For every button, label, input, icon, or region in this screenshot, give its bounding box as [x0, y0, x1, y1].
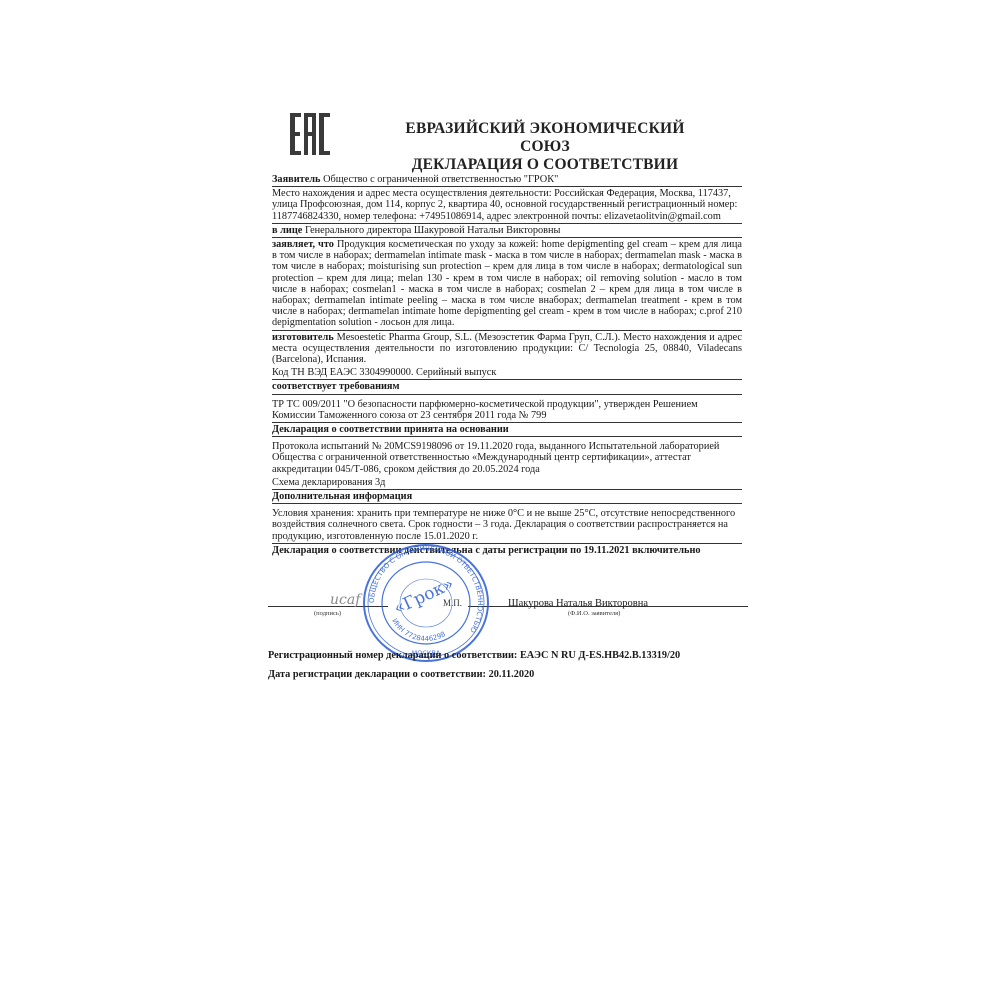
- conformity-label: соответствует требованиям: [272, 381, 742, 394]
- registration-number-label: Регистрационный номер декларации о соотв…: [268, 650, 517, 661]
- eac-logo-icon: [290, 113, 330, 155]
- applicant-label: Заявитель: [272, 174, 321, 185]
- registration-number-row: Регистрационный номер декларации о соотв…: [268, 646, 680, 665]
- registration-date-label: Дата регистрации декларации о соответств…: [268, 669, 486, 680]
- stamp-inn: ИНН 7728446298: [390, 617, 447, 643]
- basis-label: Декларация о соответствии принята на осн…: [272, 424, 742, 437]
- document-title: ЕВРАЗИЙСКИЙ ЭКОНОМИЧЕСКИЙ СОЮЗ ДЕКЛАРАЦИ…: [380, 120, 710, 174]
- representative-row: в лице Генерального директора Шакуровой …: [272, 225, 742, 238]
- declares-row: заявляет, что Продукция косметическая по…: [272, 239, 742, 331]
- signature-scribble: ucaf: [330, 592, 360, 608]
- company-stamp: ОБЩЕСТВО С ОГРАНИЧЕННОЙ ОТВЕТСТВЕННОСТЬЮ…: [362, 543, 490, 663]
- svg-text:ИНН 7728446298: ИНН 7728446298: [390, 617, 447, 643]
- declaration-body: Заявитель Общество с ограниченной ответс…: [272, 174, 742, 558]
- registration-number-value: ЕАЭС N RU Д-ES.НВ42.В.13319/20: [520, 650, 680, 661]
- declaration-scheme: Схема декларирования 3д: [272, 477, 742, 490]
- title-line-2: ДЕКЛАРАЦИЯ О СООТВЕТСТВИИ: [380, 156, 710, 174]
- declares-value: Продукция косметическая по уходу за коже…: [272, 239, 742, 328]
- basis-value: Протокола испытаний № 20MCS9198096 от 19…: [272, 441, 742, 476]
- registration-block: Регистрационный номер декларации о соотв…: [268, 646, 680, 684]
- applicant-address: Место нахождения и адрес места осуществл…: [272, 188, 742, 224]
- manufacturer-code: Код ТН ВЭД ЕАЭС 3304990000. Серийный вып…: [272, 367, 742, 380]
- manufacturer-row: изготовитель Mesoestetic Pharma Group, S…: [272, 332, 742, 367]
- registration-date-value: 20.11.2020: [489, 669, 535, 680]
- validity-text: Декларация о соответствии действительна …: [272, 545, 742, 557]
- declares-label: заявляет, что: [272, 239, 334, 250]
- declaration-page: ЕВРАЗИЙСКИЙ ЭКОНОМИЧЕСКИЙ СОЮЗ ДЕКЛАРАЦИ…: [0, 0, 1000, 1000]
- representative-value: Генерального директора Шакуровой Натальи…: [305, 225, 561, 236]
- additional-label: Дополнительная информация: [272, 491, 742, 504]
- manufacturer-value: Mesoestetic Pharma Group, S.L. (Мезоэсте…: [272, 332, 742, 365]
- stamp-center-text: «Грок»: [391, 574, 457, 619]
- title-line-1: ЕВРАЗИЙСКИЙ ЭКОНОМИЧЕСКИЙ СОЮЗ: [380, 120, 710, 156]
- additional-value: Условия хранения: хранить при температур…: [272, 508, 742, 544]
- representative-label: в лице: [272, 225, 302, 236]
- manufacturer-label: изготовитель: [272, 332, 334, 343]
- signature-block: ucaf (подпись) М.П. Шакурова Наталья Вик…: [268, 598, 748, 626]
- applicant-row: Заявитель Общество с ограниченной ответс…: [272, 174, 742, 187]
- registration-date-row: Дата регистрации декларации о соответств…: [268, 665, 680, 684]
- applicant-value: Общество с ограниченной ответственностью…: [323, 174, 558, 185]
- signature-caption: (подпись): [314, 610, 341, 617]
- name-caption: (Ф.И.О. заявителя): [568, 610, 620, 617]
- conformity-value: ТР ТС 009/2011 "О безопасности парфюмерн…: [272, 399, 742, 423]
- signatory-name: Шакурова Наталья Викторовна: [508, 598, 648, 609]
